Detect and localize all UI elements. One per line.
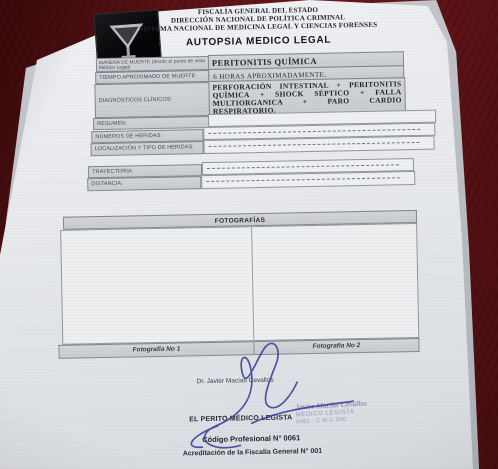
photo-area — [60, 223, 419, 345]
photo-box-2 — [252, 224, 418, 340]
localizacion-heridas-blank — [203, 136, 434, 154]
field-label-distancia: DISTANCIA: — [87, 176, 201, 191]
field-label-localizacion-heridas: LOCALIZACIÓN Y TIPO DE HERIDAS: — [90, 141, 203, 156]
professional-code: Código Profesional N° 0061 — [171, 433, 331, 445]
photo-box-1 — [61, 227, 253, 344]
dashed-blank-line — [207, 164, 399, 169]
notary-stamp: Javier Macías Cevallos MEDICO LEGISTA 00… — [295, 396, 416, 425]
photographed-document: FISCALÍA GENERAL DEL ESTADO DIRECCIÓN NA… — [0, 0, 498, 469]
document-content: FISCALÍA GENERAL DEL ESTADO DIRECCIÓN NA… — [0, 0, 498, 469]
dashed-blank-line — [208, 129, 420, 134]
accreditation: Acreditación de la Fiscalía General N° 0… — [147, 447, 357, 458]
distancia-blank — [201, 171, 415, 189]
doctor-name: Dr. Javier Macías Cevallos — [155, 376, 315, 386]
dashed-blank-line — [209, 142, 420, 147]
field-label-resumen: RESUMEN: — [93, 116, 209, 130]
dashed-blank-line — [206, 178, 400, 183]
document-title: AUTOPSIA MEDICO LEGAL — [108, 33, 408, 50]
photo-caption-2: Fotografía No 2 — [254, 341, 418, 351]
field-label-diagnosticos: DIAGNÓSTICOS CLÍNICOS: — [94, 82, 210, 118]
photo-caption-1: Fotografía No 1 — [59, 344, 253, 355]
document-header: FISCALÍA GENERAL DEL ESTADO DIRECCIÓN NA… — [108, 4, 409, 50]
